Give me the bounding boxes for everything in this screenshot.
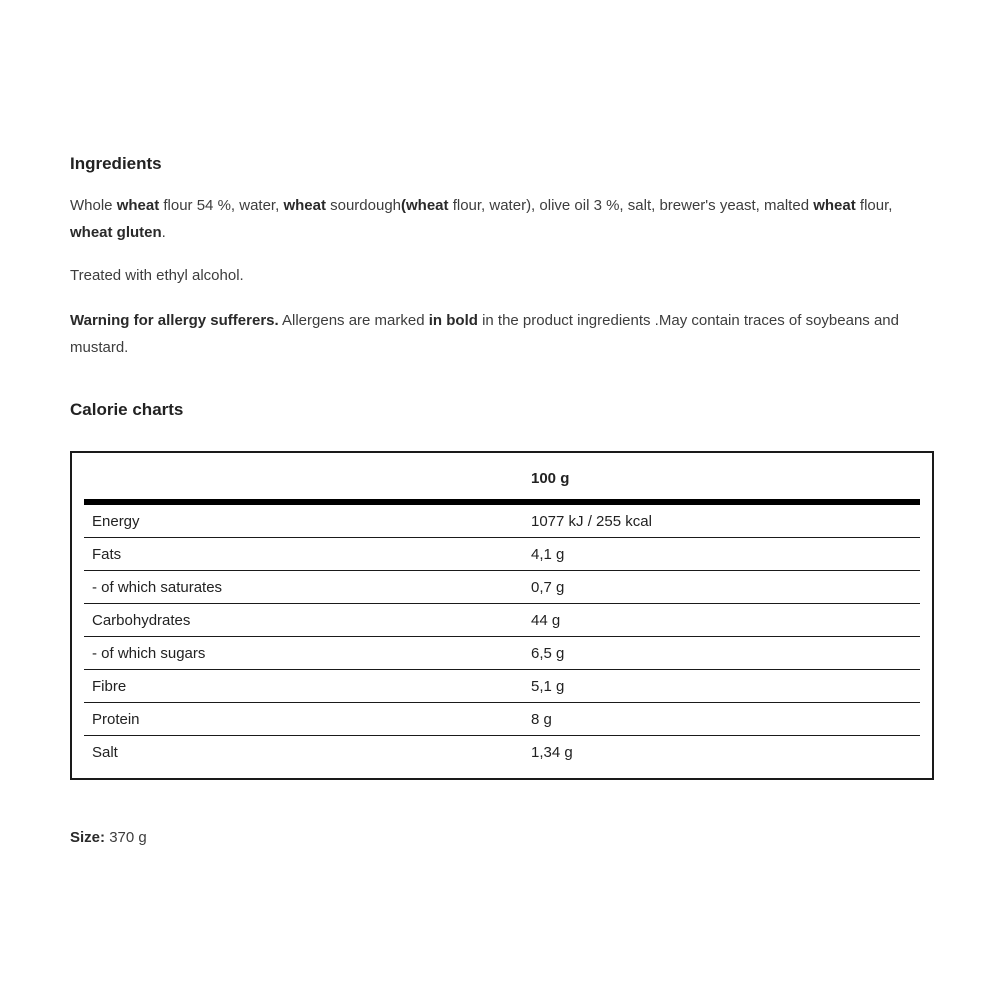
calorie-charts-heading: Calorie charts xyxy=(70,398,932,422)
nutrient-value: 6,5 g xyxy=(531,637,920,670)
text: sourdough xyxy=(326,197,401,214)
ingredients-list: Whole wheat flour 54 %, water, wheat sou… xyxy=(70,192,932,246)
nutrient-label: Carbohydrates xyxy=(84,604,531,637)
nutrient-label: - of which sugars xyxy=(84,637,531,670)
text: Whole xyxy=(70,197,117,214)
nutrition-table-container: 100 g Energy1077 kJ / 255 kcalFats4,1 g-… xyxy=(70,451,934,780)
nutrient-value: 44 g xyxy=(531,604,920,637)
nutrient-value: 4,1 g xyxy=(531,538,920,571)
allergy-warning: Warning for allergy sufferers. Allergens… xyxy=(70,307,932,361)
nutrition-row: Energy1077 kJ / 255 kcal xyxy=(84,502,920,538)
bold-text: Warning for allergy sufferers. xyxy=(70,312,279,329)
nutrient-label: Salt xyxy=(84,736,531,779)
package-size: Size: 370 g xyxy=(70,829,932,846)
nutrient-value: 8 g xyxy=(531,703,920,736)
header-label xyxy=(84,453,531,502)
text: flour, xyxy=(856,197,893,214)
bold-text: wheat gluten xyxy=(70,224,162,241)
bold-text: wheat xyxy=(117,197,160,214)
nutrient-value: 1,34 g xyxy=(531,736,920,779)
text: flour, water), olive oil 3 %, salt, brew… xyxy=(449,197,814,214)
nutrient-value: 1077 kJ / 255 kcal xyxy=(531,502,920,538)
nutrition-row: Fats4,1 g xyxy=(84,538,920,571)
nutrition-row: Carbohydrates44 g xyxy=(84,604,920,637)
nutrition-table-header: 100 g xyxy=(84,453,920,502)
nutrient-value: 0,7 g xyxy=(531,571,920,604)
text: flour 54 %, water, xyxy=(159,197,283,214)
text: . xyxy=(162,224,166,241)
bold-text: wheat xyxy=(283,197,326,214)
nutrition-row: Protein8 g xyxy=(84,703,920,736)
nutrition-row: Fibre5,1 g xyxy=(84,670,920,703)
treatment-note: Treated with ethyl alcohol. xyxy=(70,262,932,289)
size-label: Size: xyxy=(70,829,105,846)
nutrient-label: Fats xyxy=(84,538,531,571)
bold-text: (wheat xyxy=(401,197,449,214)
bold-text: in bold xyxy=(429,312,478,329)
nutrient-label: Energy xyxy=(84,502,531,538)
nutrient-label: - of which saturates xyxy=(84,571,531,604)
nutrient-label: Fibre xyxy=(84,670,531,703)
nutrition-row: Salt1,34 g xyxy=(84,736,920,779)
nutrition-row: - of which sugars6,5 g xyxy=(84,637,920,670)
nutrition-table: 100 g Energy1077 kJ / 255 kcalFats4,1 g-… xyxy=(84,453,920,778)
bold-text: wheat xyxy=(813,197,856,214)
nutrient-label: Protein xyxy=(84,703,531,736)
product-details: Ingredients Whole wheat flour 54 %, wate… xyxy=(70,152,932,846)
text: Allergens are marked xyxy=(279,312,429,329)
ingredients-heading: Ingredients xyxy=(70,152,932,176)
size-value: 370 g xyxy=(109,829,147,846)
nutrient-value: 5,1 g xyxy=(531,670,920,703)
header-per-100g: 100 g xyxy=(531,453,920,502)
nutrition-row: - of which saturates0,7 g xyxy=(84,571,920,604)
